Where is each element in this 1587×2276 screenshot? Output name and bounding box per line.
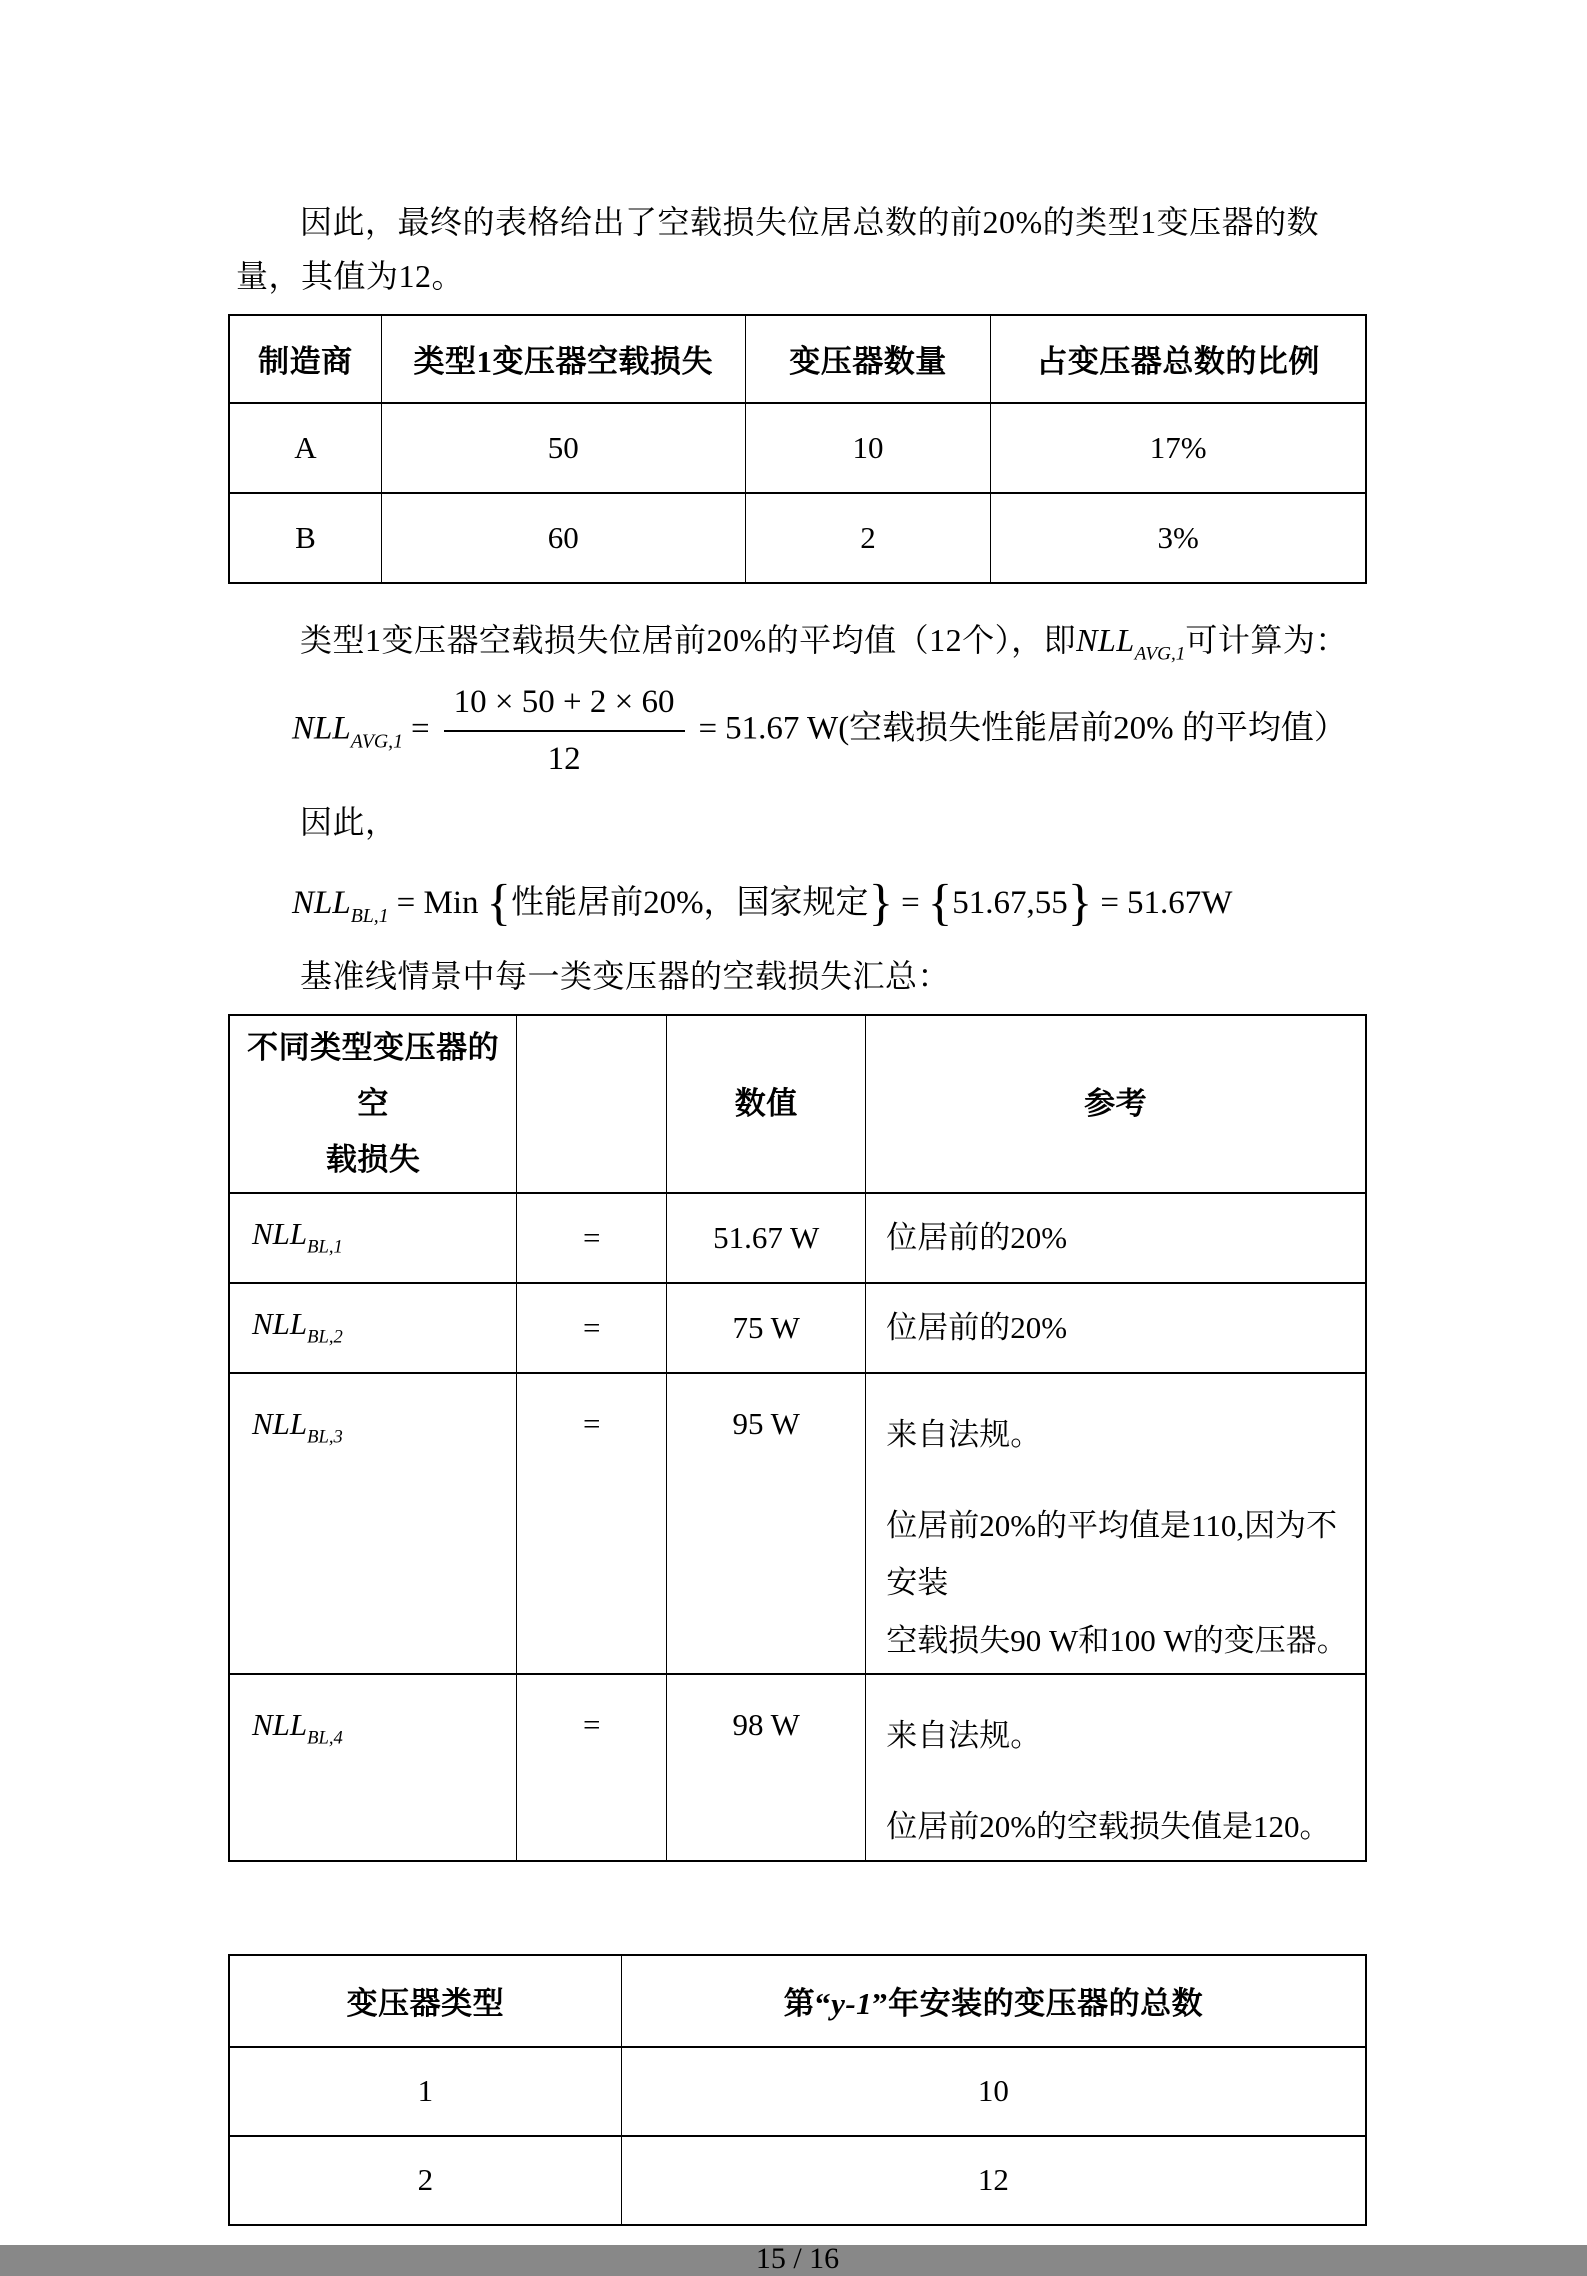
table-row: NLLBL,4 = 98 W 来自法规。位居前20%的空载损失值是120。: [229, 1674, 1366, 1861]
col-header-total-installed: 第“y-1”年安装的变压器的总数: [621, 1955, 1366, 2047]
cell-equals: =: [517, 1373, 667, 1674]
cell-reference: 位居前的20%: [866, 1193, 1366, 1283]
nll-subscript: BL,2: [307, 1327, 343, 1348]
cell-value: 51.67 W: [667, 1193, 866, 1283]
col-header-loss-by-type: 不同类型变压器的空 载损失: [229, 1015, 517, 1192]
table-row: 2 12: [229, 2136, 1366, 2225]
cell-manufacturer: B: [229, 493, 381, 583]
cell-share: 3%: [991, 493, 1366, 583]
table-header-row: 制造商 类型1变压器空载损失 变压器数量 占变压器总数的比例: [229, 315, 1366, 403]
nll-variable: NLL: [252, 1216, 307, 1251]
min-values: 51.67,55: [952, 885, 1068, 921]
col-header-transformer-count: 变压器数量: [745, 315, 991, 403]
nll-variable: NLL: [252, 1707, 307, 1742]
cell-share: 17%: [991, 403, 1366, 493]
table-row: NLLBL,3 = 95 W 来自法规。位居前20%的平均值是110,因为不安装…: [229, 1373, 1366, 1674]
cell-noload-loss: 50: [381, 403, 745, 493]
equals-sign: =: [893, 885, 928, 921]
therefore-paragraph: 因此，: [236, 796, 1367, 850]
cell-total: 12: [621, 2136, 1366, 2225]
close-brace: }: [1068, 874, 1093, 931]
nll-variable: NLL: [1076, 622, 1134, 658]
cell-total: 10: [621, 2047, 1366, 2136]
col-header-value: 数值: [667, 1015, 866, 1192]
formula-variable: NLL: [292, 885, 351, 921]
intro-paragraph: 因此，最终的表格给出了空载损失位居总数的前20%的类型1变压器的数量，其值为12…: [236, 196, 1367, 304]
equals-sign: =: [403, 711, 438, 747]
reference-line: 位居前20%的空载损失值是120。: [886, 1798, 1357, 1855]
formula-subscript: AVG,1: [351, 731, 403, 753]
cell-value: 98 W: [667, 1674, 866, 1861]
cell-reference: 来自法规。位居前20%的平均值是110,因为不安装 空载损失90 W和100 W…: [866, 1373, 1366, 1674]
table-header-row: 不同类型变压器的空 载损失 数值 参考: [229, 1015, 1366, 1192]
equals-min-operator: = Min: [389, 885, 487, 921]
col-header-empty: [517, 1015, 667, 1192]
nll-variable: NLL: [252, 1306, 307, 1341]
table-row: NLLBL,2 = 75 W 位居前的20%: [229, 1283, 1366, 1373]
cell-variable: NLLBL,2: [229, 1283, 517, 1373]
formula-note: (空载损失性能居前20% 的平均值）: [838, 711, 1347, 747]
col-header-share-of-total: 占变压器总数的比例: [991, 315, 1366, 403]
cell-value: 75 W: [667, 1283, 866, 1373]
cell-variable: NLLBL,4: [229, 1674, 517, 1861]
equals-sign: =: [1092, 885, 1127, 921]
page-number: 15 / 16: [228, 2242, 1367, 2276]
close-brace: }: [869, 874, 894, 931]
cell-equals: =: [517, 1283, 667, 1373]
nll-subscript: BL,1: [307, 1237, 343, 1258]
equals-sign: =: [691, 711, 726, 747]
col-header-manufacturer: 制造商: [229, 315, 381, 403]
cell-type: 2: [229, 2136, 621, 2225]
cell-count: 10: [745, 403, 991, 493]
table-row: A 50 10 17%: [229, 403, 1366, 493]
fraction-numerator: 10 × 50 + 2 × 60: [444, 684, 685, 730]
summary-paragraph: 基准线情景中每一类变压器的空载损失汇总：: [236, 950, 1367, 1004]
table-header-row: 变压器类型 第“y-1”年安装的变压器的总数: [229, 1955, 1366, 2047]
header-text-pre: 第“: [784, 1986, 832, 2021]
cell-variable: NLLBL,3: [229, 1373, 517, 1674]
calc-paragraph-pre: 类型1变压器空载损失位居前20%的平均值（12个），即: [300, 622, 1076, 658]
reference-line: 位居前的20%: [886, 1209, 1357, 1266]
cell-count: 2: [745, 493, 991, 583]
col-header-transformer-type: 变压器类型: [229, 1955, 621, 2047]
header-year-variable: y-1: [831, 1986, 872, 2021]
fraction: 10 × 50 + 2 × 6012: [444, 684, 685, 778]
table-row: B 60 2 3%: [229, 493, 1366, 583]
nll-variable: NLL: [252, 1406, 307, 1441]
formula-result: 51.67W: [1127, 885, 1232, 921]
calc-paragraph: 类型1变压器空载损失位居前20%的平均值（12个），即NLLAVG,1可计算为：: [236, 614, 1367, 671]
nll-subscript: AVG,1: [1135, 643, 1186, 664]
min-arguments: 性能居前20%，国家规定: [511, 885, 869, 921]
manufacturer-loss-table: 制造商 类型1变压器空载损失 变压器数量 占变压器总数的比例 A 50 10 1…: [228, 314, 1367, 584]
nll-subscript: BL,3: [307, 1426, 343, 1447]
col-header-type1-noload-loss: 类型1变压器空载损失: [381, 315, 745, 403]
cell-value: 95 W: [667, 1373, 866, 1674]
header-text-post: ”年安装的变压器的总数: [872, 1986, 1203, 2021]
table-row: NLLBL,1 = 51.67 W 位居前的20%: [229, 1193, 1366, 1283]
calc-paragraph-post: 可计算为：: [1185, 622, 1348, 658]
formula-result: 51.67 W: [725, 711, 838, 747]
formula-subscript: BL,1: [351, 905, 389, 927]
cell-reference: 位居前的20%: [866, 1283, 1366, 1373]
reference-line: 位居前的20%: [886, 1299, 1357, 1356]
reference-line: 来自法规。: [886, 1406, 1357, 1463]
reference-line: 位居前20%的平均值是110,因为不安装 空载损失90 W和100 W的变压器。: [886, 1497, 1357, 1669]
col-header-reference: 参考: [866, 1015, 1366, 1192]
cell-variable: NLLBL,1: [229, 1193, 517, 1283]
cell-equals: =: [517, 1193, 667, 1283]
formula-nll-avg: NLLAVG,1=10 × 50 + 2 × 6012=51.67 W(空载损失…: [292, 684, 1367, 778]
open-brace: {: [928, 874, 953, 931]
transformer-total-table: 变压器类型 第“y-1”年安装的变压器的总数 1 10 2 12: [228, 1954, 1367, 2226]
reference-line: 来自法规。: [886, 1707, 1357, 1764]
nll-subscript: BL,4: [307, 1727, 343, 1748]
baseline-noload-loss-table: 不同类型变压器的空 载损失 数值 参考 NLLBL,1 = 51.67 W 位居…: [228, 1014, 1367, 1861]
cell-manufacturer: A: [229, 403, 381, 493]
cell-equals: =: [517, 1674, 667, 1861]
formula-variable: NLL: [292, 711, 351, 747]
fraction-denominator: 12: [444, 730, 685, 778]
formula-nll-bl: NLLBL,1= Min{性能居前20%，国家规定}={51.67,55}=51…: [292, 876, 1367, 928]
cell-reference: 来自法规。位居前20%的空载损失值是120。: [866, 1674, 1366, 1861]
table-row: 1 10: [229, 2047, 1366, 2136]
document-page: 因此，最终的表格给出了空载损失位居总数的前20%的类型1变压器的数量，其值为12…: [0, 0, 1587, 2245]
cell-noload-loss: 60: [381, 493, 745, 583]
open-brace: {: [487, 874, 512, 931]
cell-type: 1: [229, 2047, 621, 2136]
